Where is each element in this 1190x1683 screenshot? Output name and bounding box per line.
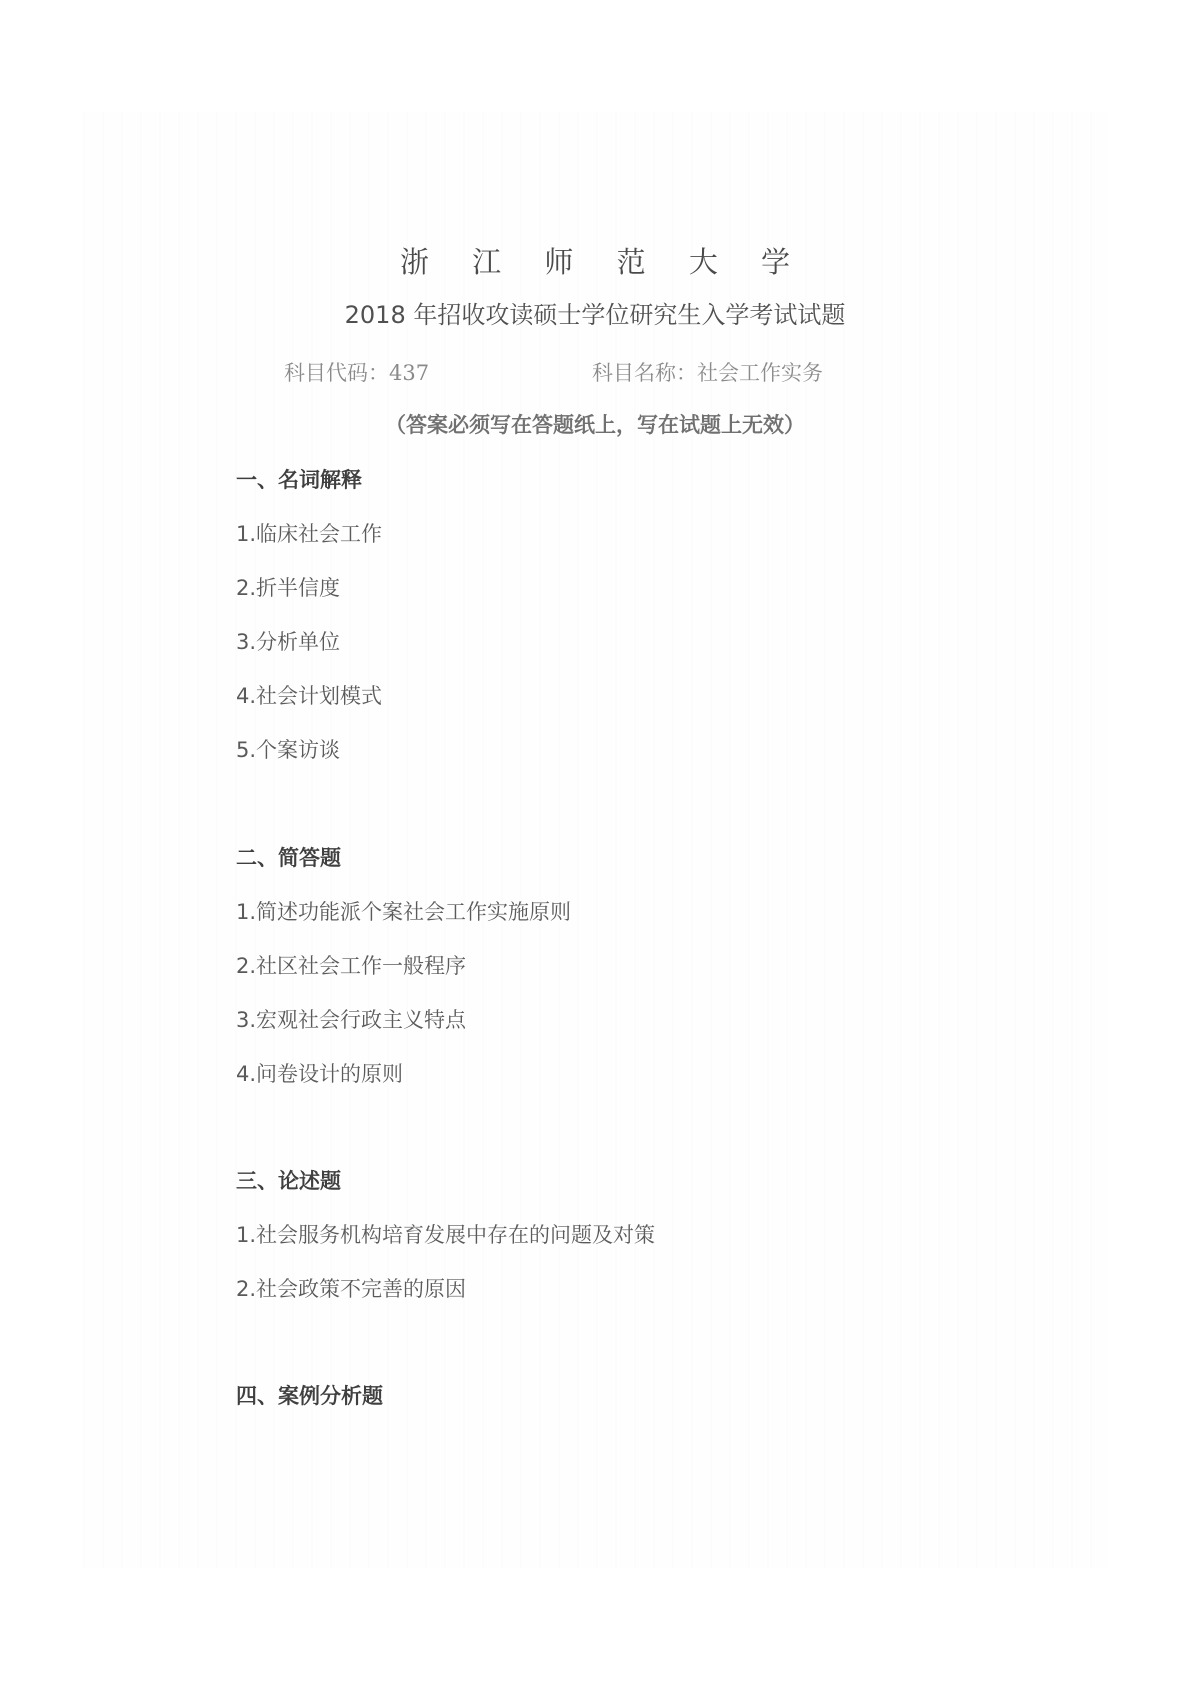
question-item: 3.分析单位: [236, 627, 340, 657]
subject-code-label: 科目代码：: [284, 361, 389, 385]
section-heading-2: 二、简答题: [236, 843, 341, 873]
question-item: 1.简述功能派个案社会工作实施原则: [236, 897, 571, 927]
subject-code: 科目代码：437: [284, 358, 429, 388]
question-item: 2.社区社会工作一般程序: [236, 951, 466, 981]
section-heading-1: 一、名词解释: [236, 465, 362, 495]
subject-code-value: 437: [389, 361, 429, 385]
question-item: 2.社会政策不完善的原因: [236, 1274, 466, 1304]
question-item: 2.折半信度: [236, 573, 340, 603]
section-heading-3: 三、论述题: [236, 1166, 341, 1196]
subject-name-value: 社会工作实务: [697, 361, 823, 385]
question-item: 1.社会服务机构培育发展中存在的问题及对策: [236, 1220, 655, 1250]
question-item: 4.社会计划模式: [236, 681, 382, 711]
exam-title: 2018 年招收攻读硕士学位研究生入学考试试题: [0, 299, 1190, 331]
question-item: 1.临床社会工作: [236, 519, 382, 549]
subject-name: 科目名称：社会工作实务: [592, 358, 823, 388]
question-item: 5.个案访谈: [236, 735, 340, 765]
section-heading-4: 四、案例分析题: [236, 1381, 383, 1411]
question-item: 3.宏观社会行政主义特点: [236, 1005, 466, 1035]
answer-notice: （答案必须写在答题纸上，写在试题上无效）: [385, 410, 805, 440]
subject-name-label: 科目名称：: [592, 361, 697, 385]
question-item: 4.问卷设计的原则: [236, 1059, 403, 1089]
university-title: 浙 江 师 范 大 学: [0, 244, 1190, 280]
